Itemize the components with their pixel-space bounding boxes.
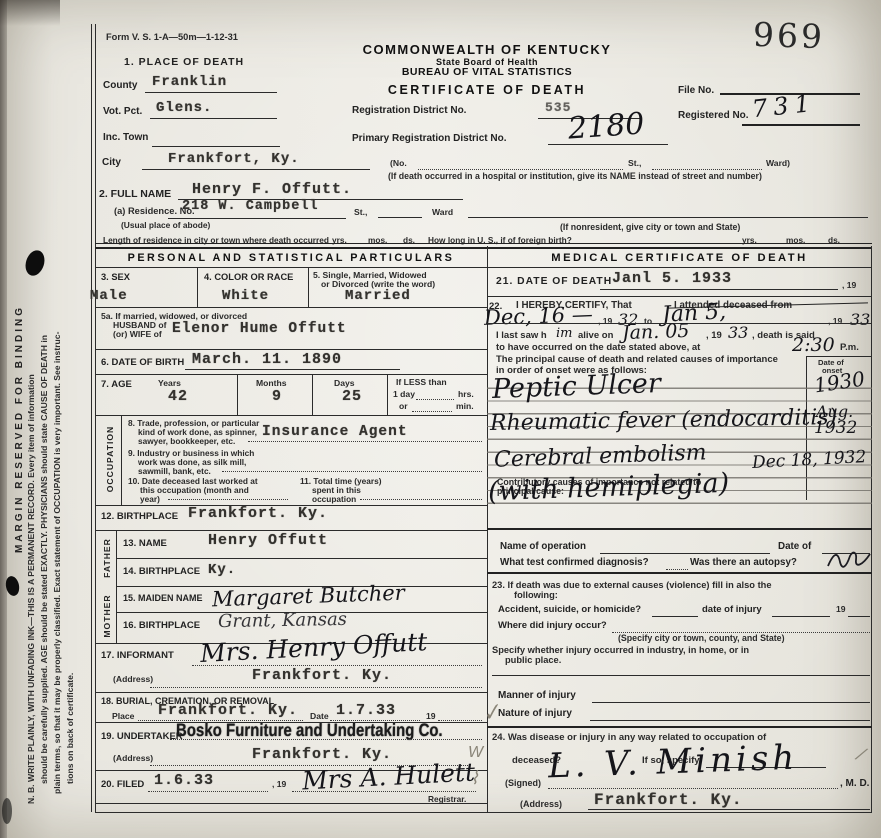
- last-saw-text: I last saw h: [496, 330, 547, 341]
- field-line: [468, 203, 868, 218]
- field-line: [192, 652, 482, 666]
- field-line: [612, 619, 870, 633]
- abode-note: (Usual place of abode): [121, 220, 210, 230]
- form-border: [91, 24, 92, 812]
- margin-note-line: should be carefully supplied. AGE should…: [38, 26, 51, 832]
- field-line: [178, 183, 463, 200]
- last-saw-date: Jan. 05: [622, 320, 690, 344]
- section-line: [487, 252, 872, 268]
- row-line: [95, 399, 487, 416]
- field-line: [848, 603, 870, 617]
- accident-label: Accident, suicide, or homicide?: [498, 604, 641, 615]
- field-line: [548, 128, 668, 145]
- specify-text: Specify whether injury occurred in indus…: [492, 645, 749, 655]
- last-saw-year: 33: [728, 323, 748, 342]
- occurred-text: to have occurred on the date stated abov…: [496, 342, 700, 353]
- margin-heading: MARGIN RESERVED FOR BINDING: [14, 26, 25, 832]
- autopsy-scribble: [826, 548, 872, 572]
- row-line: [116, 542, 487, 559]
- q8-label3: sawyer, bookkeeper, etc.: [138, 436, 235, 446]
- md-label: , M. D.: [840, 778, 869, 789]
- row-line: [487, 726, 872, 728]
- where-note: (Specify city or town, county, and State…: [618, 633, 785, 643]
- death-certificate-scan: MARGIN RESERVED FOR BINDING N. B. WRITE …: [0, 0, 881, 838]
- field-line: [248, 428, 482, 442]
- form-bottom-line: [95, 812, 872, 813]
- city-ward-label: Ward): [766, 158, 790, 168]
- cause-1: Peptic Ulcer: [492, 368, 662, 405]
- manner-of-injury-label: Manner of injury: [498, 690, 576, 701]
- field-line: [150, 102, 277, 119]
- injury-19-label: 19: [836, 604, 846, 614]
- place-of-death-heading: 1. PLACE OF DEATH: [124, 56, 244, 68]
- father-side-label: FATHER: [102, 530, 112, 586]
- months-label: Months: [256, 378, 287, 388]
- hospital-note: (If death occurred in a hospital or inst…: [388, 171, 762, 181]
- hrs-label: hrs.: [458, 389, 474, 399]
- row-line: [95, 514, 487, 531]
- color-race-label: 4. COLOR OR RACE: [204, 272, 293, 282]
- blank-line: [492, 662, 870, 676]
- field-line: [600, 540, 770, 554]
- test-label: What test confirmed diagnosis?: [500, 557, 649, 568]
- binding-margin-text: MARGIN RESERVED FOR BINDING N. B. WRITE …: [14, 26, 77, 832]
- field-line: [588, 796, 870, 810]
- sex-label: 3. SEX: [101, 272, 130, 282]
- row-line: [95, 360, 487, 375]
- field-line: [170, 726, 482, 740]
- file-no-label: File No.: [678, 85, 714, 96]
- margin-note-line: N. B. WRITE PLAINLY, WITH UNFADING INK—T…: [25, 26, 38, 832]
- certificate-title: CERTIFICATE OF DEATH: [337, 83, 637, 97]
- informant-label: 17. INFORMANT: [101, 650, 174, 661]
- ink-blot: [2, 798, 12, 824]
- field-line: [418, 155, 623, 170]
- city-label: City: [102, 157, 121, 168]
- cause-section-bottom: [487, 528, 872, 530]
- row-line: [95, 489, 487, 506]
- time-of-death: 2:30: [792, 334, 835, 356]
- binding-shadow: [0, 0, 7, 838]
- where-injury-label: Where did injury occur?: [498, 620, 607, 631]
- voting-precinct-label: Vot. Pct.: [103, 106, 142, 117]
- nonresident-note: (If nonresident, give city or town and S…: [560, 222, 740, 232]
- date-of-injury-label: date of injury: [702, 604, 762, 615]
- pm-label: P.m.: [840, 342, 859, 353]
- field-line: [742, 108, 860, 126]
- field-line: [378, 203, 422, 218]
- county-label: County: [103, 80, 137, 91]
- one-day-label: 1 day: [393, 389, 415, 399]
- margin-note-line: plain terms, so that it may be properly …: [51, 26, 64, 832]
- primary-registration-label: Primary Registration District No.: [352, 133, 506, 144]
- principal-cause-text: The principal cause of death and related…: [496, 354, 778, 365]
- row-line: [95, 333, 487, 350]
- days-label: Days: [334, 378, 355, 388]
- age-label: 7. AGE: [101, 379, 132, 390]
- row-line: [95, 676, 487, 693]
- inc-town-label: Inc. Town: [103, 132, 148, 143]
- field-line: [222, 458, 482, 472]
- field-line: [652, 155, 762, 170]
- commonwealth-title: COMMONWEALTH OF KENTUCKY: [337, 42, 637, 57]
- row-line: [487, 572, 872, 574]
- section-divider: [95, 243, 872, 249]
- last-saw-im: im: [556, 326, 573, 341]
- form-border: [95, 24, 96, 812]
- margin-note-line: tions on back of certificate.: [64, 26, 77, 832]
- q9-label3: sawmill, bank, etc.: [138, 466, 211, 476]
- field-line: [592, 689, 870, 703]
- form-number: Form V. S. 1-A—50m—1-12-31: [106, 32, 238, 42]
- field-line: [152, 130, 280, 147]
- city-st-label: St.,: [628, 158, 641, 168]
- residence-ward-label: Ward: [432, 207, 453, 217]
- bureau-subtitle: BUREAU OF VITAL STATISTICS: [337, 66, 637, 78]
- section-line: [95, 252, 487, 268]
- field-line: [168, 202, 346, 219]
- row-line: [95, 291, 487, 308]
- nature-of-injury-label: Nature of injury: [498, 708, 572, 719]
- onset-box-top: [806, 356, 872, 357]
- full-name-label: 2. FULL NAME: [99, 188, 171, 200]
- residence-st-label: St.,: [354, 207, 367, 217]
- cause-2-onset-year: 1932: [814, 418, 857, 438]
- field-line: [772, 603, 830, 617]
- last-saw-text2: alive on: [578, 330, 613, 341]
- pencil-scribble: ∕: [857, 744, 867, 767]
- field-line: [142, 153, 370, 170]
- field-line: [652, 603, 698, 617]
- q23-text2: following:: [514, 590, 558, 600]
- pencil-scribble: ⌇: [470, 768, 479, 789]
- autopsy-label: Was there an autopsy?: [690, 557, 797, 568]
- operation-date-label: Date of: [778, 541, 811, 552]
- years-label: Years: [158, 378, 181, 388]
- physician-address-label: (Address): [520, 799, 562, 809]
- registration-district-label: Registration District No.: [352, 105, 466, 116]
- row-line: [95, 787, 487, 804]
- field-line: [548, 775, 838, 789]
- field-line: [666, 556, 688, 570]
- q23-text: 23. If death was due to external causes …: [492, 580, 772, 590]
- signed-label: (Signed): [505, 778, 541, 788]
- last-saw-19-label: , 19: [706, 330, 722, 341]
- pencil-scribble: ✓: [479, 698, 504, 728]
- if-less-label: If LESS than: [396, 377, 447, 387]
- field-line: [145, 76, 277, 93]
- operation-label: Name of operation: [500, 541, 586, 552]
- registered-no-label: Registered No.: [678, 110, 749, 121]
- stamped-number: 969: [752, 15, 825, 56]
- row-line: [487, 280, 872, 297]
- city-no-label: (No.: [390, 158, 407, 168]
- field-line: [590, 707, 870, 721]
- corner-shadow: [0, 0, 60, 26]
